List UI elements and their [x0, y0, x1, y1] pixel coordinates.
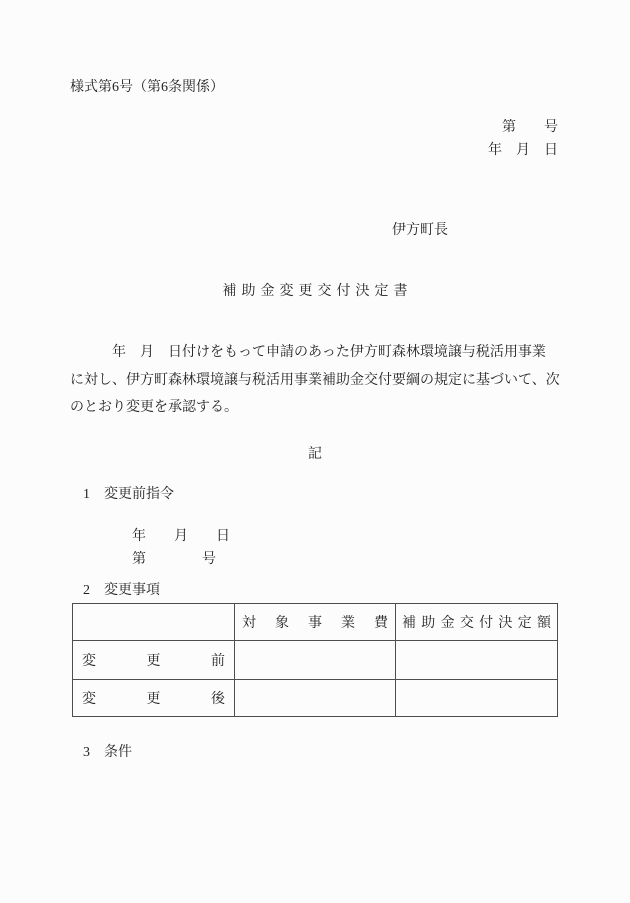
section-1-date-line: 年 月 日: [132, 525, 230, 545]
body-line-2: に対し、伊方町森林環境譲与税活用事業補助金交付要綱の規定に基づいて、次: [70, 367, 560, 395]
body-paragraph: 年 月 日付けをもって申請のあった伊方町森林環境譲与税活用事業 に対し、伊方町森…: [70, 339, 560, 422]
col-header-grant-decision-amount: 補 助 金 交 付 決 定 額: [396, 604, 558, 641]
body-line-1: 年 月 日付けをもって申請のあった伊方町森林環境譲与税活用事業: [70, 339, 560, 367]
section-2-heading: 2 変更事項: [83, 579, 160, 599]
row-label-before-cell: 変 更 前: [73, 641, 235, 680]
value-cell-after-cost: [235, 680, 396, 717]
section-3-heading: 3 条件: [83, 741, 132, 761]
table-corner-cell: [73, 604, 235, 641]
row-label-after: 変 更 後: [73, 688, 234, 708]
table-row-before-change: 変 更 前: [73, 641, 558, 680]
table-header-row: 対 象 事 業 費 補 助 金 交 付 決 定 額: [73, 604, 558, 641]
table-row-after-change: 変 更 後: [73, 680, 558, 717]
value-cell-before-cost: [235, 641, 396, 680]
ki-label: 記: [0, 443, 630, 463]
section-1-heading: 1 変更前指令: [83, 483, 174, 503]
col-header-project-cost-label: 対 象 事 業 費: [235, 612, 395, 632]
col-header-grant-decision-amount-label: 補 助 金 交 付 決 定 額: [396, 612, 557, 632]
document-title: 補助金変更交付決定書: [0, 280, 630, 300]
document-page: 様式第6号（第6条関係） 第 号 年 月 日 伊方町長 補助金変更交付決定書 年…: [0, 0, 630, 903]
doc-meta-block: 第 号 年 月 日: [488, 116, 558, 162]
section-1-number-line: 第 号: [132, 548, 216, 568]
doc-number-line: 第 号: [488, 116, 558, 139]
value-cell-after-amount: [396, 680, 558, 717]
row-label-before: 変 更 前: [73, 650, 234, 670]
addressee: 伊方町長: [392, 219, 448, 239]
col-header-project-cost: 対 象 事 業 費: [235, 604, 396, 641]
value-cell-before-amount: [396, 641, 558, 680]
doc-date-line: 年 月 日: [488, 139, 558, 162]
change-items-table: 対 象 事 業 費 補 助 金 交 付 決 定 額 変 更 前 変 更 後: [72, 603, 558, 717]
body-line-3: のとおり変更を承認する。: [70, 394, 560, 422]
row-label-after-cell: 変 更 後: [73, 680, 235, 717]
form-number: 様式第6号（第6条関係）: [70, 76, 224, 96]
